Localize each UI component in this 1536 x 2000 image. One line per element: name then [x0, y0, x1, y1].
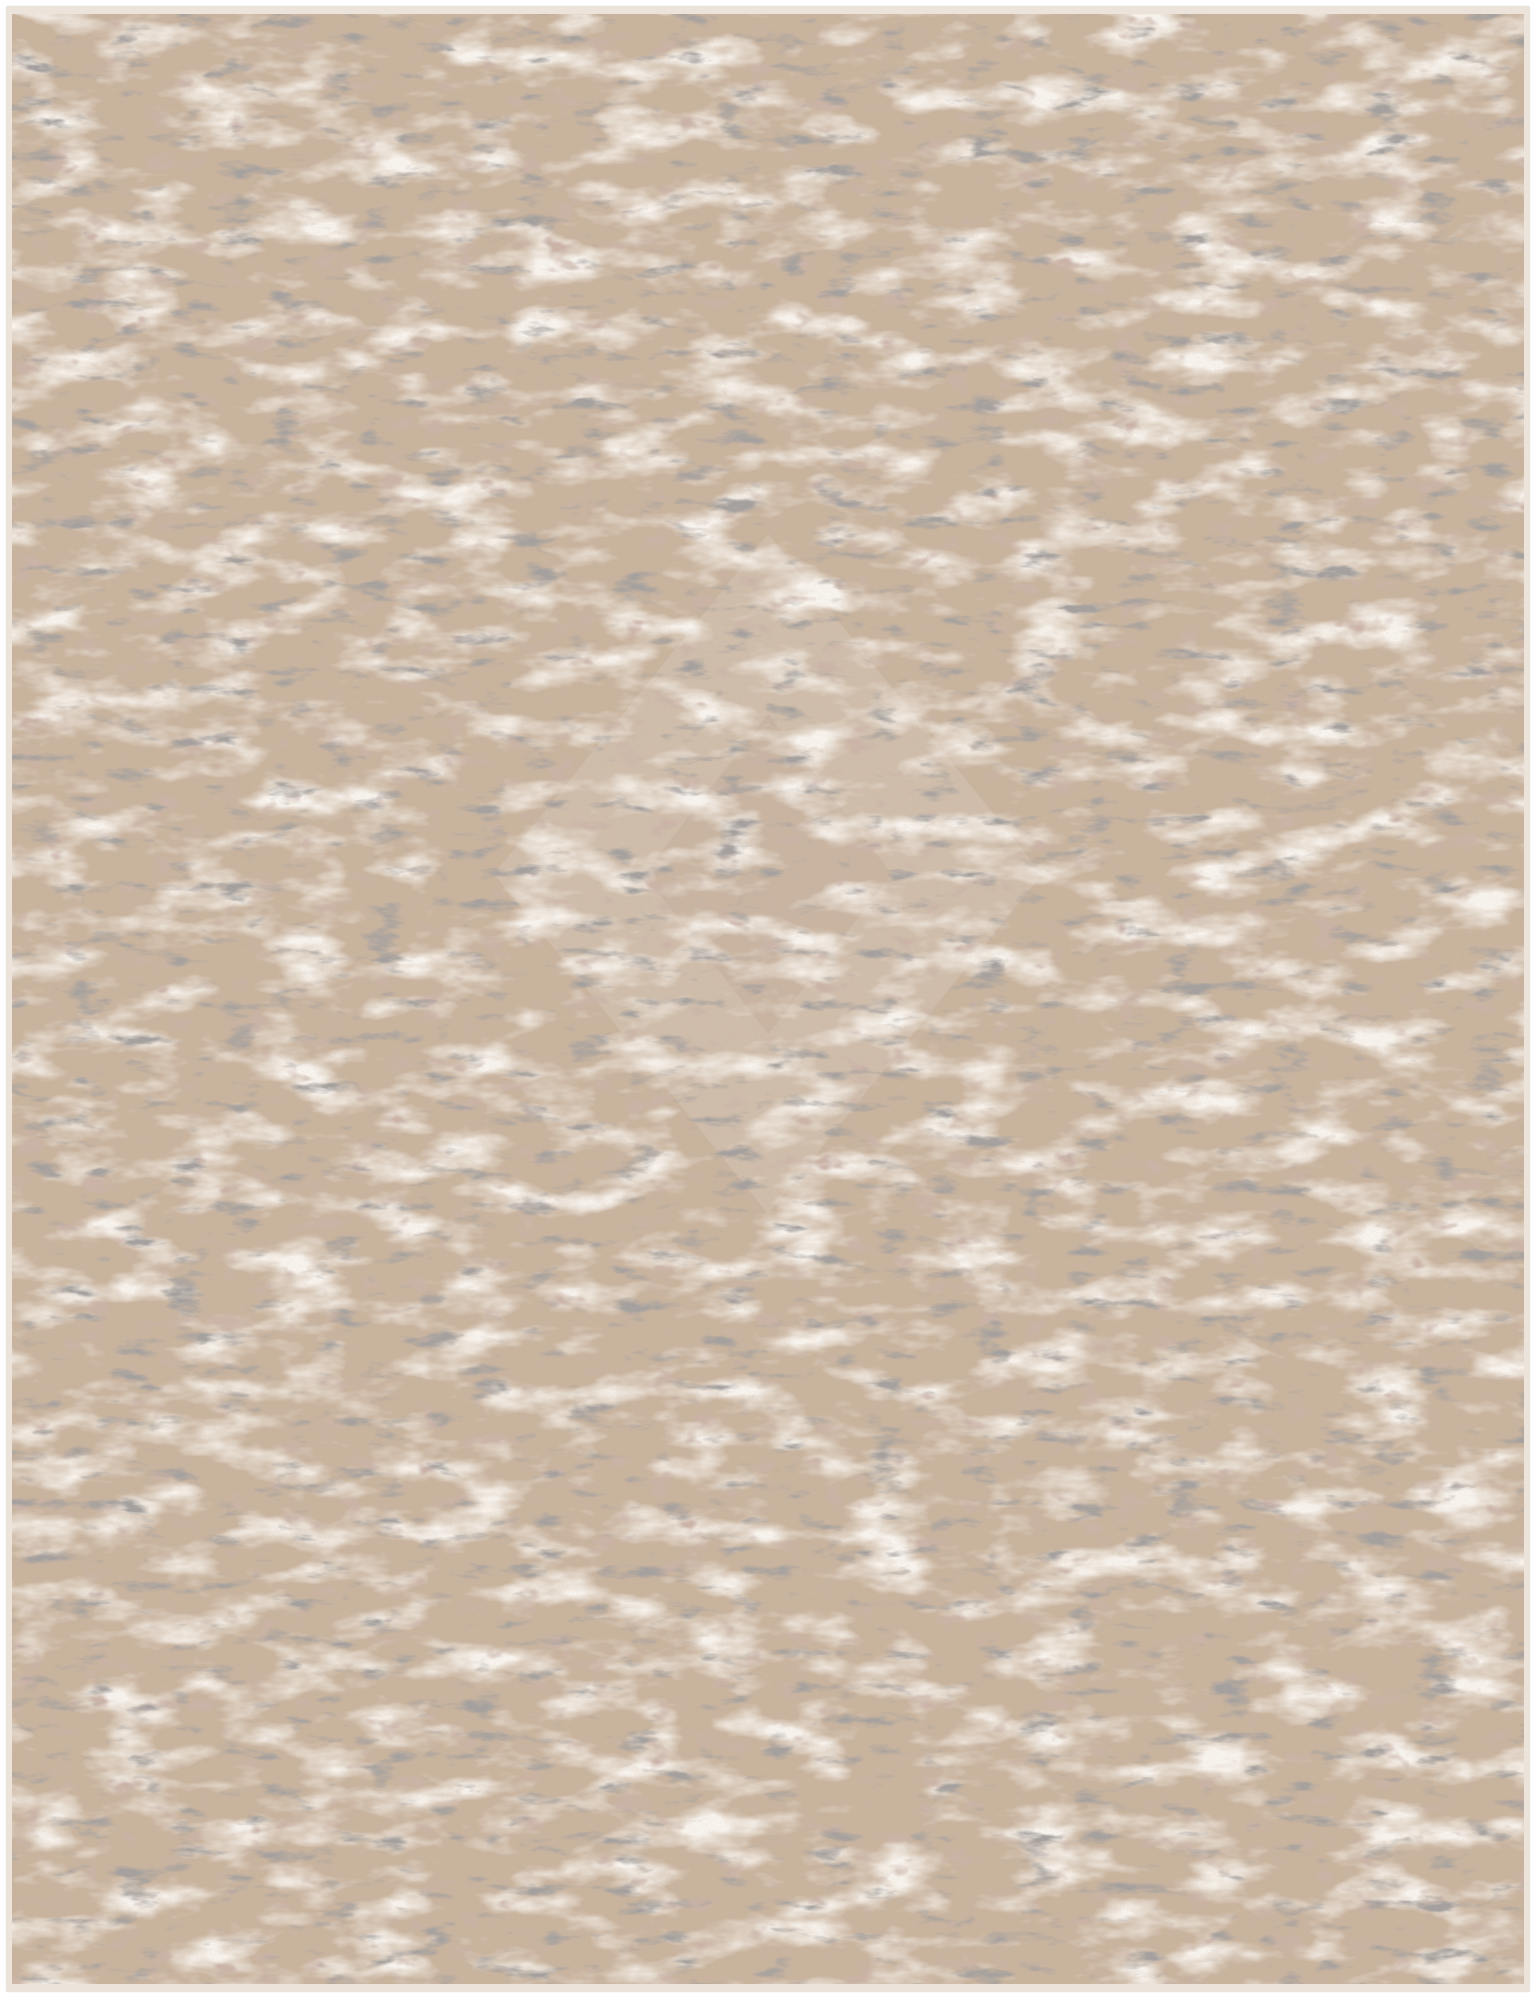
distressed-texture: [12, 14, 1524, 1984]
rug-field: [12, 14, 1524, 1984]
rug-texture: [12, 14, 1524, 1984]
product-photo: [0, 0, 1536, 2000]
